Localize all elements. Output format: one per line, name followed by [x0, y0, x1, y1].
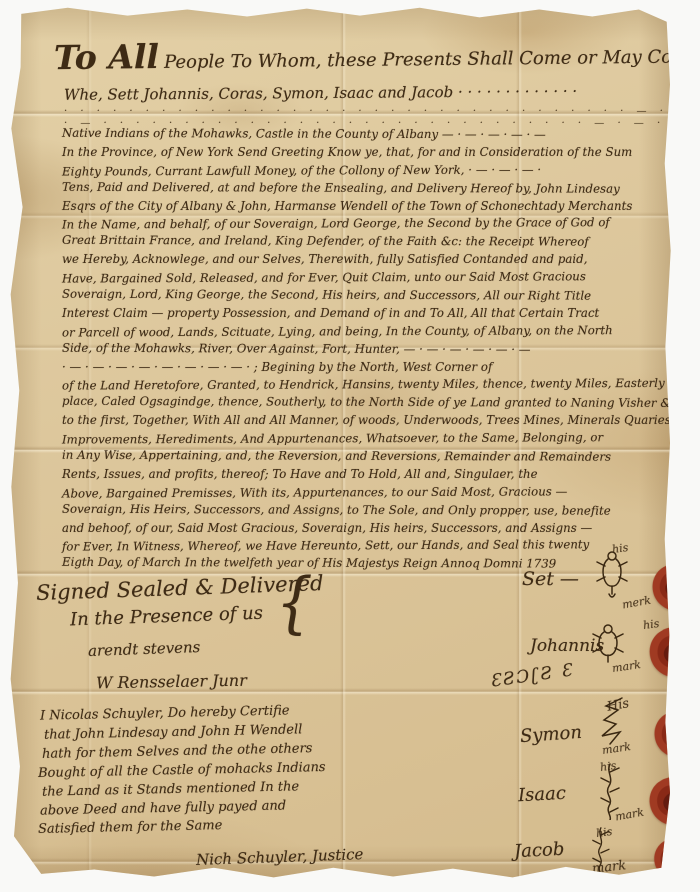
certification-line: Satisfied them for the Same [38, 818, 223, 837]
witness-signature: arendt stevens [88, 638, 201, 660]
wax-seal [647, 706, 672, 761]
deed-body-line: place, Caled Ogsagindge, thence, Souther… [62, 393, 672, 413]
turtle-mark-icon [593, 546, 631, 602]
attestation-brace: { [276, 563, 313, 641]
deed-body-line: in Any Wise, Appertaining, and, the Reve… [62, 447, 672, 467]
witness-signature: W Rensselaer Junr [96, 671, 247, 693]
certification-line: I Nicolas Schuyler, Do hereby Certifie [40, 703, 290, 723]
deed-body-line: In the Province, of New York Send Greeti… [62, 144, 672, 162]
justice-signature: Nich Schuyler, Justice [196, 845, 364, 869]
deed-body-line: Great Brittain France, and Ireland, King… [62, 232, 672, 252]
attestation-presence-line: In the Presence of us [70, 603, 264, 631]
header-line-1-rest: People To Whom, these Presents Shall Com… [164, 45, 672, 73]
signer-name: Jacob [513, 839, 564, 863]
deed-body-line: Interest Claim — property Possession, an… [62, 305, 672, 323]
coras-signature-mark: ƐƧƆʗƧ Ɛ [489, 660, 575, 692]
deed-body-line: we Hereby, Acknowlege, and our Selves, T… [62, 251, 672, 269]
deed-body-line: Eigth Day, of March In the twelfeth year… [62, 554, 672, 574]
certification-line: the Land as it Stands mentioned In the [42, 779, 299, 799]
deed-paper: To All People To Whom, these Presents Sh… [8, 6, 672, 880]
certification-line: above Deed and have fully payed and [40, 798, 286, 818]
certification-line: Bought of all the Castle of mohacks Indi… [38, 760, 326, 781]
deed-body-line: Esqrs of the City of Albany & John, Harm… [62, 198, 672, 216]
signer-name: Set — [522, 568, 579, 590]
deed-body-line: Native Indians of the Mohawks, Castle in… [62, 125, 672, 145]
mark-label: mark [601, 740, 631, 757]
dot-filler-row: · · · · · · · · · · · · · · · · · · · · … [64, 106, 672, 117]
wax-seal [645, 832, 672, 880]
deed-body-line: · — · — · — · — · — · — · — · — · ; Begi… [62, 359, 672, 377]
mark-label: mark [591, 858, 627, 876]
header-line-2: Whe, Sett Johannis, Coras, Symon, Isaac … [64, 82, 577, 104]
signer-name: Isaac [517, 783, 566, 806]
mark-label: mark [611, 658, 641, 675]
deed-body-line: or Parcell of wood, Lands, Scituate, Lyi… [62, 321, 672, 342]
deed-body: Native Indians of the Mohawks, Castle in… [62, 126, 672, 573]
deed-body-line: Soveraign, His Heirs, Successors, and As… [62, 500, 672, 520]
deed-body-line: to the first, Together, With All and All… [62, 412, 672, 430]
wax-seal [643, 622, 672, 682]
deed-body-line: Rents, Issues, and profits, thereof; To … [62, 466, 672, 484]
deed-body-line: Side, of the Mohawks, River, Over Agains… [62, 339, 672, 359]
deed-body-line: Tens, Paid and Delivered, at and before … [62, 178, 672, 198]
header-line-1: To All People To Whom, these Presents Sh… [54, 30, 672, 77]
symon-mark-icon [598, 696, 628, 746]
deed-body-line: and behoof, of our, Said Most Gracious, … [62, 520, 672, 538]
certification-line: that John Lindesay and John H Wendell [44, 722, 303, 742]
deed-body-line: Soveraign, Lord, King George, the Second… [62, 286, 672, 306]
certification-line: hath for them Selves and the othe others [42, 741, 313, 762]
header-opening-big: To All [54, 37, 159, 77]
wax-seal [647, 558, 672, 615]
deed-body-line: Eighty Pounds, Currant Lawfull Money, of… [62, 160, 672, 181]
signer-name: Symon [519, 722, 582, 747]
scanned-document: To All People To Whom, these Presents Sh… [0, 0, 700, 892]
wax-seal [640, 771, 672, 831]
